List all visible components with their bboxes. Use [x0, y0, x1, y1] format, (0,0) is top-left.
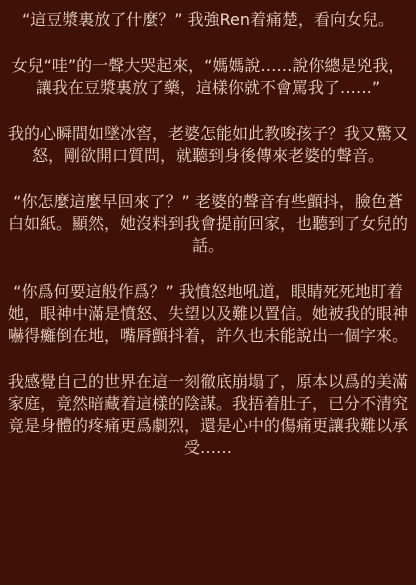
paragraph-6: 我感覺自己的世界在這一刻徹底崩塌了，原本以爲的美滿家庭，竟然暗藏着這樣的陰謀。我… — [6, 371, 410, 459]
paragraph-3: 我的心瞬間如墜冰窖，老婆怎能如此教唆孩子？我又驚又怒，剛欲開口質問，就聽到身後傳… — [6, 123, 410, 167]
article-body: “這豆漿裏放了什麼？” 我強Ren着痛楚，看向女兒。 女兒“哇”的一聲大哭起來，… — [0, 0, 416, 585]
paragraph-4: “你怎麼這麼早回來了？” 老婆的聲音有些顫抖，臉色蒼白如紙。顯然，她沒料到我會提… — [6, 191, 410, 257]
paragraph-1: “這豆漿裏放了什麼？” 我強Ren着痛楚，看向女兒。 — [6, 9, 410, 31]
paragraph-2: 女兒“哇”的一聲大哭起來，“媽媽說……說你總是兇我，讓我在豆漿裏放了藥，這樣你就… — [6, 55, 410, 99]
paragraph-5: “你爲何要這般作爲？” 我憤怒地吼道，眼睛死死地盯着她，眼神中滿是憤怒、失望以及… — [6, 281, 410, 347]
